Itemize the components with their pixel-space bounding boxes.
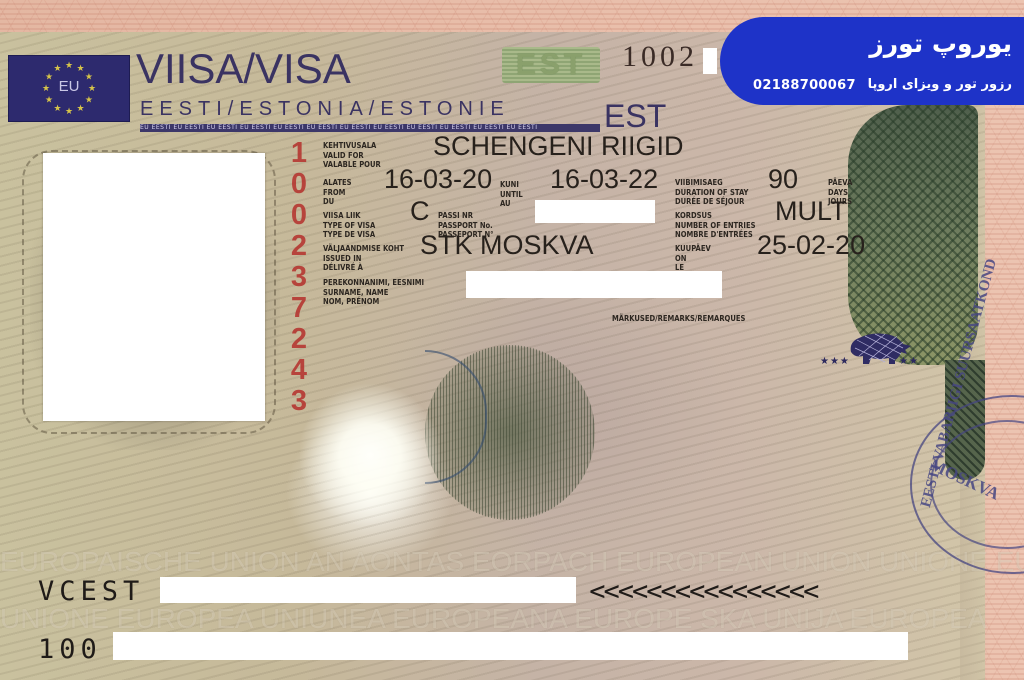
- red-serial-digit: 7: [287, 293, 311, 324]
- valid-for-label: KEHTIVUSALAVALID FORVALABLE POUR: [323, 141, 381, 170]
- until-label: KUNIUNTILAU: [500, 180, 523, 209]
- stars-left-icon: ★★★: [820, 356, 850, 367]
- red-serial-digit: 2: [287, 231, 311, 262]
- duration-value: 90: [768, 166, 798, 193]
- issued-in-label: VÄLJAANDMISE KOHTISSUED INDÉLIVRÉ À: [323, 244, 404, 273]
- watermark-line: EUROPAISCHE UNION AN AONTAS EORPACH EURO…: [0, 546, 1024, 578]
- svg-text:★: ★: [53, 64, 61, 74]
- redaction-block: [703, 48, 717, 74]
- name-label: PEREKONNANIMI, EESNIMISURNAME, NAMENOM, …: [323, 278, 424, 307]
- red-serial-digit: 3: [287, 262, 311, 293]
- svg-text:★: ★: [76, 104, 84, 114]
- mrz-line-2-redaction: [113, 632, 908, 660]
- entries-value: MULT: [775, 198, 847, 225]
- visa-title: VIISA/VISA: [136, 48, 351, 90]
- country-code: EST: [604, 100, 666, 132]
- name-redaction: [466, 271, 722, 298]
- on-value: 25-02-20: [757, 232, 865, 259]
- remarks-label: MÄRKUSED/REMARKS/REMARQUES: [612, 314, 745, 324]
- country-line: EESTI/ESTONIA/ESTONIE: [140, 99, 510, 119]
- svg-text:★: ★: [53, 104, 61, 114]
- svg-text:★: ★: [65, 61, 73, 71]
- watermark-line: UNIONE EUROPEA UNIUNEA EUROPEANA EUROPE …: [0, 603, 986, 635]
- type-label: VIISA LIIKTYPE OF VISATYPE DE VISA: [323, 211, 375, 240]
- brand-banner: یوروپ تورز رزور تور و ویزای اروپا 021887…: [720, 17, 1024, 105]
- svg-text:★: ★: [65, 107, 73, 117]
- est-hologram: EST: [502, 47, 600, 83]
- red-serial-digit: 2: [287, 324, 311, 355]
- until-value: 16-03-22: [550, 166, 658, 193]
- from-label: ALATESFROMDU: [323, 178, 352, 207]
- valid-for-value: SCHENGENI RIIGID: [433, 133, 684, 160]
- mrz-line-1-redaction: [160, 577, 576, 603]
- brand-name: یوروپ تورز: [869, 29, 1012, 58]
- entries-label: KORDSUSNUMBER OF ENTRIESNOMBRE D'ENTRÉES: [675, 211, 755, 240]
- eu-flag-label: EU: [9, 78, 129, 95]
- type-value: C: [410, 198, 430, 225]
- svg-text:★: ★: [76, 64, 84, 74]
- red-serial-digit: 1: [287, 138, 311, 169]
- photo-redaction: [43, 153, 265, 421]
- serial-number-top: 1002: [622, 42, 698, 72]
- red-serial-digit: 0: [287, 200, 311, 231]
- svg-text:★: ★: [85, 96, 93, 106]
- from-value: 16-03-20: [384, 166, 492, 193]
- green-guilloche-pattern: [848, 105, 978, 365]
- eu-flag: ★★★★★★★★★★★★ EU: [8, 55, 130, 122]
- on-label: KUUPÄEVONLE: [675, 244, 711, 273]
- brand-phone[interactable]: 02188700067: [753, 78, 856, 93]
- duration-label: VIIBIMISAEGDURATION OF STAYDURÉE DE SÉJO…: [675, 178, 748, 207]
- red-serial-digit: 0: [287, 169, 311, 200]
- mrz-line-2: 100: [38, 636, 102, 663]
- svg-text:★: ★: [45, 96, 53, 106]
- brand-tagline: رزور تور و ویزای اروپا: [868, 77, 1012, 92]
- light-glare: [300, 380, 440, 530]
- red-serial-number: 100237243: [287, 138, 311, 417]
- passport-redaction: [535, 200, 655, 223]
- issued-in-value: STK MOSKVA: [420, 232, 594, 259]
- stars-right-icon: ★★: [899, 356, 919, 367]
